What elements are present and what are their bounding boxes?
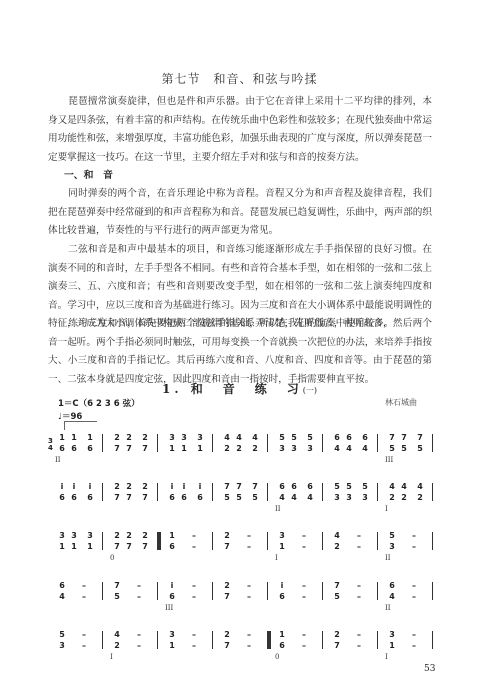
bar-line [157,582,158,600]
chord-note: 27 [140,432,150,454]
chord-note: 42 [415,481,425,503]
chord-note: –– [299,580,309,602]
bar-line [432,582,433,600]
chord-note: 27 [222,530,232,552]
chord-note: –– [244,530,254,552]
chord-note: i6 [69,481,79,503]
chord-note: 64 [332,432,342,454]
chord-note: 31 [69,530,79,552]
chord-note: 42 [222,432,232,454]
bar-line [377,631,378,649]
composer: 林石城曲 [385,397,417,408]
chord-note: 27 [140,481,150,503]
position-mark: II [275,505,281,513]
position-mark: II [55,456,61,464]
position-mark: 0 [110,554,114,562]
chord-note: 42 [112,629,122,651]
measure: 27–– [222,580,277,610]
measure: 757575 [222,481,277,511]
chord-note: 27 [332,629,342,651]
bar-line [377,483,378,501]
chord-note: 64 [344,432,354,454]
measure: i6i6i6 [167,481,222,511]
chord-note: 16 [69,432,79,454]
chord-note: 16 [277,629,287,651]
bar-line [157,631,158,649]
bar-line [267,532,268,550]
bar-line [322,532,323,550]
page-number: 53 [424,664,435,674]
chord-note: 31 [179,432,189,454]
bar-line [102,631,103,649]
chord-note: 27 [124,530,134,552]
chord-note: 75 [112,580,122,602]
chord-note: –– [134,629,144,651]
bar-line [212,631,213,649]
measure: i6i6i6 [57,481,112,511]
chord-note: 64 [305,481,315,503]
bar-line [267,631,271,649]
chord-note: 75 [250,481,260,503]
chord-note: 42 [250,432,260,454]
chord-note: –– [189,530,199,552]
chord-note: 53 [305,432,315,454]
bar-line [377,582,378,600]
bar-line [267,483,268,501]
chord-note: 75 [387,432,397,454]
chord-note: 31 [85,530,95,552]
technique-bracket [64,421,97,430]
score-system: 313131272727016––27––31––I42––53––II [40,530,440,570]
position-mark: III [385,456,393,464]
bar-line [102,532,103,550]
bar-line [267,434,268,452]
chord-note: 16 [85,432,95,454]
chord-note: –– [299,530,309,552]
paragraph-4: 练习三度和音，首先要把两个按弦手指关系弄清楚，先听低音，再听高音，然后两个音一起… [48,315,432,389]
position-mark: I [385,505,388,513]
chord-note: 53 [387,530,397,552]
position-mark: I [110,653,113,661]
chord-note: 27 [112,432,122,454]
chord-note: 64 [360,432,370,454]
position-mark: III [165,604,173,612]
chord-note: –– [79,580,89,602]
score-system: i6i6i6272727i6i6i6757575646464II53535342… [40,481,440,521]
bar-line [377,532,378,550]
chord-note: –– [409,580,419,602]
subheading-harmony: 一、和 音 [64,167,113,181]
chord-note: 64 [57,580,67,602]
measure: 313131 [167,432,222,462]
measure: 42–– [332,530,387,560]
measure: i6––III [167,580,222,610]
measure: 757575III [387,432,442,462]
bar-line [322,434,323,452]
chord-note: 27 [124,432,134,454]
chord-note: –– [299,629,309,651]
measure: 424242I [387,481,442,511]
chord-note: i6 [179,481,189,503]
bar-line [157,434,158,452]
bar-line [157,532,161,550]
measure: 161616II [57,432,112,462]
bar-line [377,434,378,452]
bar-line [432,434,433,452]
chord-note: 16 [167,530,177,552]
chord-note: 31 [57,530,67,552]
chord-note: 64 [387,580,397,602]
bar-line [102,434,103,452]
chord-note: 64 [277,481,287,503]
chord-note: 31 [167,629,177,651]
chord-note: –– [409,629,419,651]
measure: 27–– [222,530,277,560]
bar-line [322,631,323,649]
chord-note: –– [354,530,364,552]
bar-line [212,434,213,452]
chord-note: 27 [222,580,232,602]
measure: 53–– [57,629,112,659]
bar-line [157,483,158,501]
bar-line [432,483,433,501]
chord-note: –– [244,580,254,602]
measure: 16––0 [277,629,332,659]
chord-note: 27 [124,481,134,503]
section-title: 第七节 和音、和弦与吟揉 [0,70,479,87]
chord-note: 75 [234,481,244,503]
chord-note: 53 [57,629,67,651]
bar-line [322,582,323,600]
chord-note: i6 [277,580,287,602]
chord-note: –– [189,580,199,602]
measure: 64––II [387,580,442,610]
chord-note: 75 [332,580,342,602]
chord-note: 31 [387,629,397,651]
bar-line [212,532,213,550]
chord-note: 42 [234,432,244,454]
chord-note: 75 [222,481,232,503]
time-signature: 34 [48,438,53,452]
chord-note: 42 [399,481,409,503]
chord-note: 27 [112,481,122,503]
chord-note: i6 [167,580,177,602]
score-system: 34161616II272727313131424242535353646464… [40,432,440,472]
chord-note: 53 [332,481,342,503]
chord-note: 53 [289,432,299,454]
chord-note: i6 [195,481,205,503]
score-system: 53––42––I31––27––16––027––31––I [40,629,440,669]
chord-note: 31 [195,432,205,454]
bar-line [212,483,213,501]
chord-note: 27 [112,530,122,552]
measure: 27–– [332,629,387,659]
chord-note: –– [354,580,364,602]
measure: 16–– [167,530,222,560]
chord-note: 27 [222,629,232,651]
measure: 535353 [332,481,387,511]
measure: 535353 [277,432,332,462]
chord-note: 42 [332,530,342,552]
chord-note: 53 [360,481,370,503]
position-mark: I [385,653,388,661]
key-signature: 1＝C（6 2 3 6 弦） [58,397,140,409]
chord-note: 16 [57,432,67,454]
chord-note: 75 [399,432,409,454]
piece-title: 1. 和 音 练 习(一) [0,380,479,397]
bar-line [267,582,268,600]
bar-line [102,582,103,600]
chord-note: i6 [85,481,95,503]
chord-note: 27 [140,530,150,552]
measure: 313131 [57,530,112,560]
chord-note: 53 [344,481,354,503]
chord-note: –– [409,530,419,552]
chord-note: –– [79,629,89,651]
measure: 53––II [387,530,442,560]
measure: 646464II [277,481,332,511]
measure: 75–– [332,580,387,610]
bar-line [432,631,433,649]
measure: 31–– [167,629,222,659]
measure: 75–– [112,580,167,610]
measure: 424242 [222,432,277,462]
chord-note: 31 [167,432,177,454]
chord-note: 42 [387,481,397,503]
bar-line [102,483,103,501]
paragraph-2: 同时弹奏的两个音，在音乐理论中称为音程。音程又分为和声音程及旋律音程，我们把在琵… [48,185,432,241]
position-mark: 0 [275,653,279,661]
position-mark: II [385,604,391,612]
measure: 64–– [57,580,112,610]
bar-line [322,483,323,501]
chord-note: –– [354,629,364,651]
measure: 42––I [112,629,167,659]
score-system: 64––75––i6––III27––i6––75––64––II [40,580,440,620]
position-mark: I [275,554,278,562]
chord-note: 31 [277,530,287,552]
chord-note: 53 [277,432,287,454]
chord-note: –– [189,629,199,651]
measure: 272727 [112,481,167,511]
chord-note: –– [244,629,254,651]
measure: 31––I [277,530,332,560]
chord-note: i6 [167,481,177,503]
chord-note: 75 [415,432,425,454]
measure: 272727 [112,432,167,462]
paragraph-1: 琵琶擅常演奏旋律，但也是件和声乐器。由于它在音律上采用十二平均律的排列，本身又是… [48,93,432,167]
chord-note: –– [134,580,144,602]
chord-note: 64 [289,481,299,503]
bar-line [432,532,433,550]
measure: 31––I [387,629,442,659]
measure: i6–– [277,580,332,610]
bar-line [212,582,213,600]
measure: 646464 [332,432,387,462]
chord-note: i6 [57,481,67,503]
position-mark: II [385,554,391,562]
